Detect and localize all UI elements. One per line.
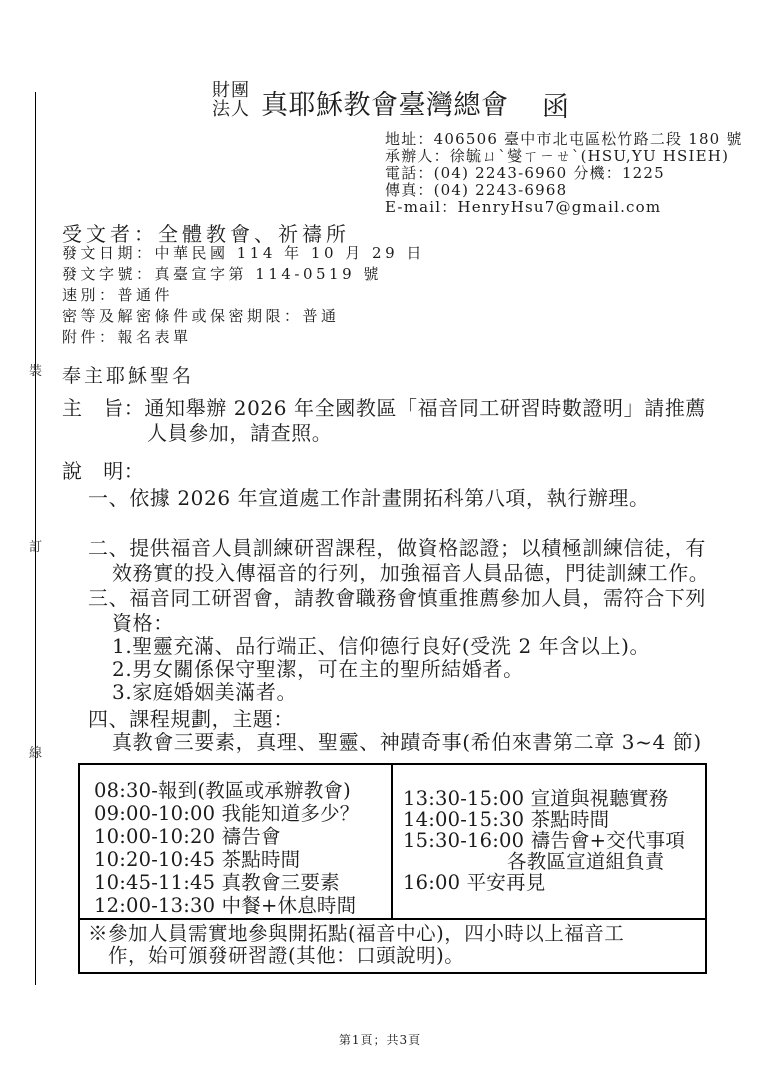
org-prefix-line1: 財團 bbox=[212, 81, 250, 100]
schedule-note-line2: 作，始可頒發研習證(其他：口頭說明)。 bbox=[88, 945, 697, 967]
meta-block: 發文日期：中華民國 114 年 10 月 29 日 發文字號：真臺宣字第 114… bbox=[62, 243, 425, 348]
qualification-3: 3.家庭婚姻美滿者。 bbox=[112, 676, 297, 705]
binding-mark-zhuang: 裝 bbox=[23, 360, 48, 379]
contact-fax: 傳真：(04) 2243-6968 bbox=[385, 182, 743, 199]
binding-mark-ding: 訂 bbox=[23, 536, 48, 555]
schedule-item: 10:20-10:45 茶點時間 bbox=[94, 848, 387, 871]
meta-date: 發文日期：中華民國 114 年 10 月 29 日 bbox=[62, 243, 425, 264]
meta-attachment: 附件：報名表單 bbox=[62, 327, 425, 348]
binding-mark-xian: 線 bbox=[23, 742, 48, 761]
meta-classification: 密等及解密條件或保密期限：普通 bbox=[62, 306, 425, 327]
contact-phone: 電話：(04) 2243-6960 分機：1225 bbox=[385, 165, 743, 182]
schedule-afternoon-cell: 13:30-15:00 宣道與視聽實務 14:00-15:30 茶點時間 15:… bbox=[393, 765, 705, 918]
schedule-table: 08:30-報到(教區或承辦教會) 09:00-10:00 我能知道多少？ 10… bbox=[78, 763, 707, 974]
org-prefix-line2: 法人 bbox=[212, 100, 250, 119]
meta-priority: 速別：普通件 bbox=[62, 285, 425, 306]
schedule-item: 16:00 平安再見 bbox=[403, 872, 701, 893]
schedule-item-continuation: 各教區宣道組負責 bbox=[403, 851, 701, 872]
schedule-item: 09:00-10:00 我能知道多少？ bbox=[94, 802, 387, 825]
schedule-item: 10:00-10:20 禱告會 bbox=[94, 825, 387, 848]
schedule-item: 14:00-15:30 茶點時間 bbox=[403, 809, 701, 830]
contact-person: 承辦人：徐毓ㄩˋ燮ㄒㄧㄝˋ(HSU,YU HSIEH) bbox=[385, 148, 743, 165]
explanation-item4-line2: 真教會三要素，真理、聖靈、神蹟奇事(希伯來書第二章 3~4 節) bbox=[112, 726, 702, 755]
salutation: 奉主耶穌聖名 bbox=[62, 361, 194, 388]
schedule-item: 08:30-報到(教區或承辦教會) bbox=[94, 779, 387, 802]
org-prefix: 財團 法人 bbox=[212, 81, 250, 119]
schedule-note: ※參加人員需實地參與開拓點(福音中心)，四小時以上福音工 作，始可頒發研習證(其… bbox=[80, 918, 705, 972]
org-name: 真耶穌教會臺灣總會 bbox=[261, 83, 509, 122]
schedule-row: 08:30-報到(教區或承辦教會) 09:00-10:00 我能知道多少？ 10… bbox=[80, 765, 705, 918]
subject-line2: 人員參加，請查照。 bbox=[147, 417, 332, 446]
subject-label: 主 旨： bbox=[62, 396, 144, 420]
schedule-item: 10:45-11:45 真教會三要素 bbox=[94, 871, 387, 894]
schedule-item: 15:30-16:00 禱告會+交代事項 bbox=[403, 830, 701, 851]
contact-address: 地址：406506 臺中市北屯區松竹路二段 180 號 bbox=[385, 131, 743, 148]
page-number: 第1頁；共3頁 bbox=[0, 1031, 760, 1048]
schedule-note-line1: ※參加人員需實地參與開拓點(福音中心)，四小時以上福音工 bbox=[88, 923, 697, 945]
schedule-item: 13:30-15:00 宣道與視聽實務 bbox=[403, 788, 701, 809]
doc-type: 函 bbox=[542, 85, 569, 124]
explanation-label: 說 明： bbox=[62, 455, 144, 484]
explanation-item3-line1: 三、福音同工研習會，請教會職務會慎重推薦參加人員，需符合下列 bbox=[88, 582, 706, 611]
explanation-item1: 一、依據 2026 年宣道處工作計畫開拓科第八項，執行辦理。 bbox=[88, 482, 650, 511]
schedule-morning-cell: 08:30-報到(教區或承辦教會) 09:00-10:00 我能知道多少？ 10… bbox=[80, 765, 393, 918]
schedule-item: 12:00-13:30 中餐+休息時間 bbox=[94, 894, 387, 917]
contact-block: 地址：406506 臺中市北屯區松竹路二段 180 號 承辦人：徐毓ㄩˋ燮ㄒㄧㄝ… bbox=[385, 131, 743, 216]
contact-email: E-mail：HenryHsu7@gmail.com bbox=[385, 199, 743, 216]
official-letter-page: 裝 訂 線 財團 法人 真耶穌教會臺灣總會 函 地址：406506 臺中市北屯區… bbox=[0, 0, 760, 1075]
meta-doc-number: 發文字號：真臺宣字第 114-0519 號 bbox=[62, 264, 425, 285]
